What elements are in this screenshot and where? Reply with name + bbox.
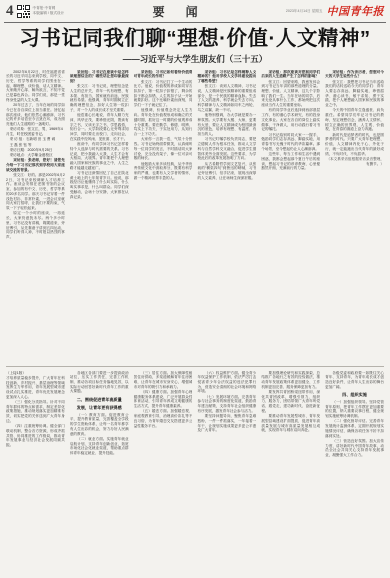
- paragraph: 张文江：好的。那是2002年6月22日，习书记来校调研人才培养工作。座谈会安排在…: [6, 173, 65, 211]
- paragraph: 这些年，每当工作和生活中遇到困惑，我都会想起那个夏日午后的座谈，想起习书记的谆谆…: [261, 152, 320, 171]
- qr-code-icon: [17, 5, 30, 18]
- paragraph: 要加强理论研究和实践探索，总结推广各地行之有效的经验做法，推动青年发展政策体系更…: [261, 371, 320, 390]
- paragraph: （三）居住方面。加大保障性租赁住房供给，多渠道缓解青年住房困难，让青年在城市安身…: [134, 371, 193, 390]
- paragraph: （二）强化督导评估。完善青年发展统计监测体系，定期开展规划实施情况评估，确保各项…: [325, 419, 384, 438]
- bottom-article-columns: （上接1版）才培养质量稳步提升，广大青年在科技创新、乡村振兴、基层治理等领域发挥…: [4, 371, 386, 578]
- paragraph: （七）发展环境方面。完善青年参与社会事务的制度化渠道，鼓励青年建言献策，支持青年…: [197, 395, 256, 414]
- paragraph: 要推动青年发展型城市、青年发展型县域建设扩面提质，促进青年高质量发展与城市高质量…: [261, 414, 320, 433]
- paragraph: 采访组：习书记在座谈中是怎样谈理想信念的？哪些话让您印象最深刻？: [70, 70, 129, 84]
- section-heading: 发展，让青年更有获得感: [70, 405, 129, 411]
- text-column: 采访组：习书记是怎样阐释人文精神的？他对学校人文学科建设提出了哪些希望？张文江：…: [197, 70, 256, 362]
- text-column: （上接1版）才培养质量稳步提升，广大青年在科技创新、乡村振兴、基层治理等领域发挥…: [6, 371, 65, 578]
- paragraph: 采访组：习书记是怎样阐释人文精神的？他对学校人文学科建设提出了哪些希望？: [197, 70, 256, 84]
- headline-subtitle: ——习近平与大学生朋友们（三十五）: [4, 53, 386, 65]
- paragraph: 王 磊 张 钰 等: [6, 143, 65, 148]
- paragraph: 习书记叮嘱学校负责同志，要把立德树人作为根本任务，推动人文学科与自然学科交叉融合…: [197, 137, 256, 161]
- header-caption-line2: 本版编辑 / 版式设计: [33, 11, 65, 16]
- paragraph: 他特别强调，办大学就是要办一种氛围。大学要有大楼、大师，更要有大爱，要让人文精神…: [197, 113, 256, 137]
- text-column: 采访组：习书记如何看待价值观对青年成长的作用？张文江：习书记打了一个生动的比方。…: [134, 70, 193, 362]
- paragraph: 习书记还深情回忆了自己在陕北黄土地上的七年知青岁月。他说，那段经历让他懂得了什么…: [70, 171, 129, 199]
- text-column: 各级党委和政府要一如既往关心青年、支持青年，为青年成长成才创造良好条件，让青年人…: [325, 371, 384, 578]
- paragraph: （上接1版）: [6, 371, 65, 376]
- paragraph: （三）营造良好氛围。加大宣传力度，讲好新时代中国青年故事，动员全社会共同关心支持…: [325, 439, 384, 458]
- paragraph: 采访日期：2020年9月25日: [6, 148, 65, 153]
- section-heading: 二、围绕促进青年高质量: [70, 397, 129, 403]
- paragraph: 要坚持问题导向，聚焦青年急难愁盼，一件一件抓落实，一年接着一年干，让规划实施成果…: [197, 414, 256, 433]
- paragraph: 采访对象：张文江，男，1969年4月生，时任校团委书记。: [6, 127, 65, 136]
- paragraph: （一）教育方面。促进教育公平，提升教育质量，完善覆盖全学段的学生资助体系，让每一…: [70, 413, 129, 437]
- top-article-columns: 2002年6月22日，时任福建省省长的习近平同志来到学校，同中文、历史、哲学等系…: [4, 70, 386, 362]
- paragraph: 要发挥共青团桥梁纽带作用，深化共青团改革，增强引领力、组织力、服务力，团结带领广…: [261, 390, 320, 414]
- text-column: 要加强理论研究和实践探索，总结推广各地行之有效的经验做法，推动青年发展政策体系更…: [261, 371, 320, 578]
- main-headline: 习书记同我们聊“理想·价值·人文精神”: [4, 28, 386, 51]
- paragraph: 张文江：我想把习书记当年送给我们的话转送给今天的同学们：青年人要志存高远、脚踏实…: [325, 80, 384, 108]
- masthead-logo: 中国青年报: [326, 3, 384, 19]
- section-title: 要 闻: [144, 3, 207, 20]
- paragraph: 从古希腊哲学到文艺复兴，从张载的“横渠四句”到鲁迅的呐喊，习书记旁征博引、信手拈…: [197, 162, 256, 181]
- paragraph: 采访组：习书记如何看待价值观对青年成长的作用？: [134, 70, 193, 79]
- paragraph: 各地区各部门要进一步提高政治站位，压实工作责任，完善工作机制，推动各项目标任务落…: [70, 371, 129, 395]
- paragraph: 各级党委和政府要一如既往关心青年、支持青年，为青年成长成才创造良好条件，让青年人…: [325, 371, 384, 390]
- paragraph: 座谈中，有同学问习书记怎样看待个人选择与时代需要的关系。习书记说，把小我融入大我…: [70, 142, 129, 170]
- paragraph: 采访组：作为亲历者，您想对今天的大学生说些什么？: [325, 70, 384, 79]
- paragraph: （一）加强组织领导。坚持党管青年原则，把青年工作摆在更加重要的位置，纳入重要议事…: [325, 400, 384, 419]
- paragraph: 原定一个小时的座谈，一再延长，大家仍意犹未尽。两个多小时里，习书记没有讲稿，娓娓…: [6, 211, 65, 239]
- paragraph: 20年过去了，当年在场的同学如今已在各自岗位上担当重任。回忆起那次座谈，他们依然…: [6, 103, 65, 127]
- newspaper-page: 4 中青报·中青网 本版编辑 / 版式设计 要 闻 2023年4月14日 星期五…: [0, 0, 390, 578]
- paragraph: 张文江：回望来路，我愈发体会到习书记当年讲的那些道理的分量。理想、价值、人文精神…: [261, 80, 320, 108]
- section-heading: 四、组织实施: [325, 392, 384, 398]
- header-left: 4 中青报·中青网 本版编辑 / 版式设计: [6, 4, 64, 19]
- text-column: 各地区各部门要进一步提高政治站位，压实工作责任，完善工作机制，推动各项目标任务落…: [70, 371, 129, 578]
- paragraph: 他勉励大家多读经典，从中华优秀传统文化中汲取养分，既要有科学家的严谨，也要有人文…: [134, 162, 193, 181]
- issue-date: 2023年4月14日 星期五: [286, 9, 323, 14]
- page-number: 4: [6, 4, 14, 19]
- paragraph: （六）权益维护方面。健全青少年权益保护工作机制，依法严厉打击侵害青少年合法权益的…: [197, 371, 256, 395]
- paragraph: （三）强化分类指导。针对不同青年群体的特点和需求，制定差异化政策措施，推动规划落…: [6, 400, 65, 424]
- text-column: （三）居住方面。加大保障性租赁住房供给，多渠道缓解青年住房困难，让青年在城市安身…: [134, 371, 193, 578]
- text-column: 采访组：作为亲历者，您想对今天的大学生说些什么？张文江：我想把习书记当年送给我们…: [325, 70, 384, 362]
- paragraph: 采 访 组：石新明 田 玉 曹 诚: [6, 137, 65, 142]
- text-column: 采访组：习书记在座谈中是怎样谈理想信念的？哪些话让您印象最深刻？张文江：习书记说…: [70, 70, 129, 362]
- paragraph: 今天的中国青年生逢盛世、肩负重任。希望同学们牢记习书记的教诲，坚定理想信念，涵养…: [325, 108, 384, 132]
- paragraph: 张文江：谈到人文精神，习书记说，人文精神是民族精神的重要组成部分，是一个民族的精…: [197, 84, 256, 112]
- paragraph: 张文江：习书记说，理想信念是人生的总开关，青年一代有理想、有本领、有担当，国家就…: [70, 84, 129, 112]
- paragraph: 大家你一言我一语，气氛十分热烈。习书记始终面带微笑，认真倾听每一位同学的发言，不…: [134, 137, 193, 161]
- paragraph: 采访组：那次座谈对您和同学们后来的人生道路产生了怎样的影响？: [261, 70, 320, 79]
- page-header: 4 中青报·中青网 本版编辑 / 版式设计 要 闻 2023年4月14日 星期五…: [4, 2, 386, 23]
- header-caption: 中青报·中青网 本版编辑 / 版式设计: [33, 6, 65, 16]
- paragraph: （四）健康方面。加强青年心理健康服务体系建设，广泛开展群众性体育活动，引导青年养…: [134, 390, 193, 409]
- paragraph: （本文系采访组根据采访录音整理，有删节。）: [325, 157, 384, 166]
- article-divider: [6, 366, 384, 367]
- header-right: 2023年4月14日 星期五 中国青年报: [286, 3, 384, 19]
- text-column: （六）权益维护方面。健全青少年权益保护工作机制，依法严厉打击侵害青少年合法权益的…: [197, 371, 256, 578]
- paragraph: 习书记临别时同大家一一握手，勉励同学们志存高远、脚踏实地，用青春书写无愧于时代的…: [261, 133, 320, 152]
- paragraph: 2002年6月22日，时任福建省省长的习近平同志来到学校，同中文、历史、哲学等系…: [6, 70, 65, 103]
- paragraph: 才培养质量稳步提升，广大青年在科技创新、乡村振兴、基层治理等领域发挥生力军作用，…: [6, 376, 65, 400]
- text-column: 2002年6月22日，时任福建省省长的习近平同志来到学校，同中文、历史、哲学等系…: [6, 70, 65, 362]
- paragraph: 采访组：张老师，您好！请您先介绍一下习书记那次到学校同大家座谈交流的背景。: [6, 158, 65, 172]
- paragraph: 新时代是追梦者的时代，也是圆梦者的时代。只要广大青年把理想、价值、人文精神内化于…: [325, 133, 384, 157]
- paragraph: 有的同学毕业后选择到西部基层工作，有的潜心学术研究，有的投身文化事业。大家在各自…: [261, 108, 320, 132]
- paragraph: 张文江：习书记打了一个生动的比方。他说，价值观的养成如同穿衣扣扣子，第一粒扣子扣…: [134, 80, 193, 108]
- text-column: 采访组：那次座谈对您和同学们后来的人生道路产生了怎样的影响？张文江：回望来路，我…: [261, 70, 320, 362]
- paragraph: 他强调，价值观念决定人生方向。青年处在价值观形成和确立的关键时期，抓好这一时期的…: [134, 108, 193, 136]
- paragraph: （二）就业方面。实施青年就业启航计划，支持青年创新创业，拓宽市场化社会化就业渠道…: [70, 437, 129, 456]
- paragraph: （五）婚恋方面。加强婚恋观、家庭观教育引导，治理高价彩礼等不良习俗，为青年婚恋交…: [134, 409, 193, 428]
- paragraph: （四）注重统筹协调。健全部门联动机制，整合各方资源，形成齐抓共管、协同推进的工作…: [6, 424, 65, 448]
- paragraph: 他语重心长地说，青年人精力充沛，风华正茂，要珍惜光阴，既读有字之书，又读无字之书…: [70, 113, 129, 141]
